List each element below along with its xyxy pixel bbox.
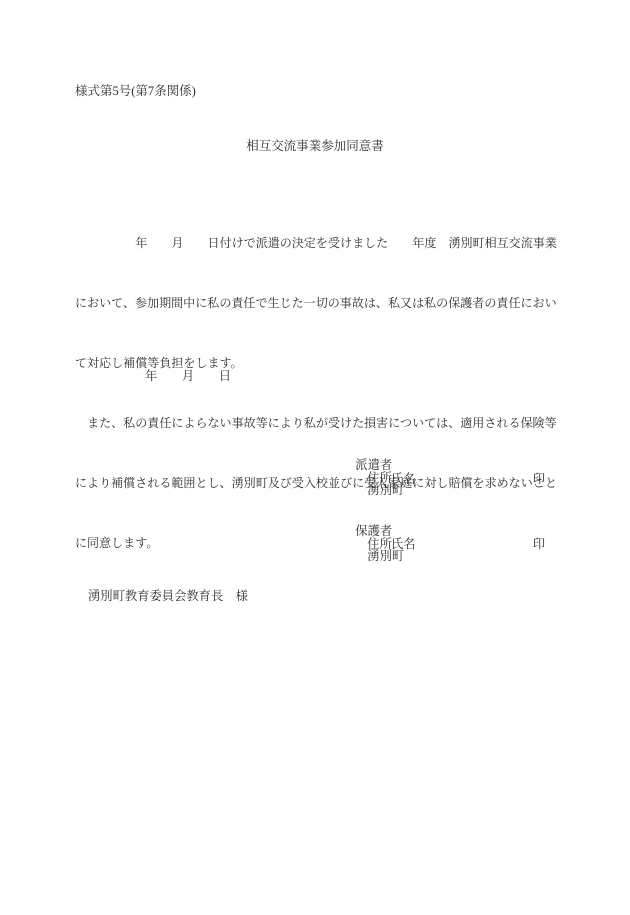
body-line: また、私の責任によらない事故等により私が受けた損害については、適用される保険等: [75, 413, 557, 433]
body-line: 年 月 日付けで派遣の決定を受けました 年度 湧別町相互交流事業: [75, 233, 557, 253]
recipient-line: 湧別町教育委員会教育長 様: [88, 590, 248, 602]
body-line: において、参加期間中に私の責任で生じた一切の事故は、私又は私の保護者の責任におい: [75, 293, 557, 313]
guardian-seal-mark: 印: [533, 538, 545, 550]
form-number-label: 様式第5号(第7条関係): [75, 85, 196, 98]
guardian-name-row: 氏名 印: [391, 538, 545, 550]
document-title: 相互交流事業参加同意書: [0, 140, 630, 153]
document-page: 様式第5号(第7条関係) 相互交流事業参加同意書 年 月 日付けで派遣の決定を受…: [0, 0, 630, 915]
guardian-name-label: 氏名: [391, 538, 416, 550]
consent-body-text: 年 月 日付けで派遣の決定を受けました 年度 湧別町相互交流事業 において、参加…: [75, 193, 557, 593]
signature-date-line: 年 月 日: [145, 370, 231, 382]
dispatcher-seal-mark: 印: [533, 473, 545, 485]
dispatcher-name-label: 氏名: [391, 473, 416, 485]
dispatcher-name-row: 氏名 印: [391, 473, 545, 485]
